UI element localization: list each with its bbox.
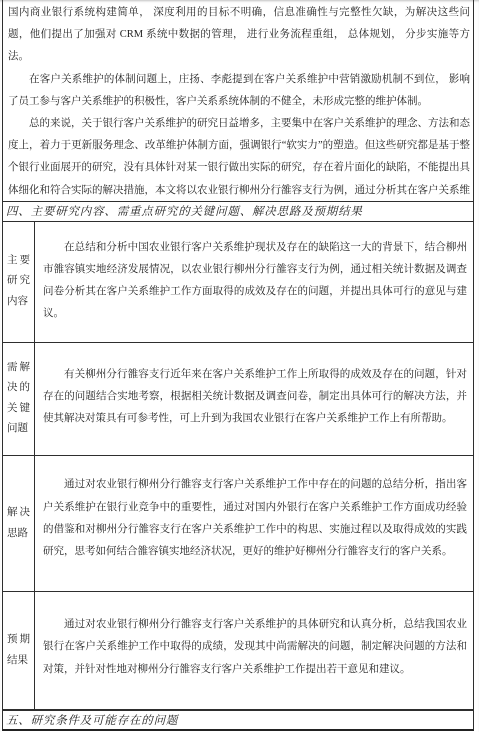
intro-paragraph-2: 在客户关系维护的体制问题上，庄扬、李彪提到在客户关系维护中营销激励机制不到位， … <box>8 69 470 113</box>
row-content-cell: 在总结和分析中国农业银行客户关系维护现状及存在的缺陷这一大的背景下，结合柳州市雒… <box>35 222 473 342</box>
row-label-expected-results: 预期结果 <box>3 592 35 709</box>
literature-review-section: 国内商业银行系统构建简单， 深度利用的目标不明确，信息准确性与完整性欠缺，为解决… <box>3 0 473 201</box>
row-label-main-research-content: 主要研究内容 <box>3 222 35 342</box>
intro-paragraph-3: 总的来说，关于银行客户关系维护的研究日益增多，主要集中在客户关系维护的理念、方法… <box>8 113 470 201</box>
row-content-cell: 有关柳州分行雒容支行近年来在客户关系维护工作上所取得的成效及存在的问题，针对存在… <box>35 343 473 456</box>
row-content-solution-approach: 通过对农业银行柳州分行雒容支行客户关系维护工作中存在的问题的总结分析，指出客户关… <box>43 474 467 563</box>
section-4-header: 四、主要研究内容、需重点研究的关键问题、解决思路及预期结果 <box>3 201 473 222</box>
row-label-solution-approach: 解决思路 <box>3 456 35 591</box>
section-5-header: 五、研究条件及可能存在的问题 <box>3 710 473 729</box>
row-label-key-problems: 需解决的关键问题 <box>3 343 35 456</box>
section-5-title: 五、研究条件及可能存在的问题 <box>6 712 178 728</box>
intro-paragraph-1: 国内商业银行系统构建简单， 深度利用的目标不明确，信息准确性与完整性欠缺，为解决… <box>8 2 470 69</box>
table-row-expected-results: 预期结果 通过对农业银行柳州分行雒容支行客户关系维护的具体研究和认真分析，总结我… <box>3 592 473 710</box>
row-content-key-problems: 有关柳州分行雒容支行近年来在客户关系维护工作上所取得的成效及存在的问题，针对存在… <box>43 364 467 431</box>
section-4-title: 四、主要研究内容、需重点研究的关键问题、解决思路及预期结果 <box>6 203 363 219</box>
table-row-key-problems: 需解决的关键问题 有关柳州分行雒容支行近年来在客户关系维护工作上所取得的成效及存… <box>3 343 473 457</box>
row-content-cell: 通过对农业银行柳州分行雒容支行客户关系维护的具体研究和认真分析，总结我国农业银行… <box>35 592 473 709</box>
table-row-main-research-content: 主要研究内容 在总结和分析中国农业银行客户关系维护现状及存在的缺陷这一大的背景下… <box>3 222 473 343</box>
row-content-main-research-content: 在总结和分析中国农业银行客户关系维护现状及存在的缺陷这一大的背景下，结合柳州市雒… <box>43 237 467 326</box>
table-row-solution-approach: 解决思路 通过对农业银行柳州分行雒容支行客户关系维护工作中存在的问题的总结分析，… <box>3 456 473 592</box>
row-content-cell: 通过对农业银行柳州分行雒容支行客户关系维护工作中存在的问题的总结分析，指出客户关… <box>35 456 473 591</box>
scanned-document-page: 国内商业银行系统构建简单， 深度利用的目标不明确，信息准确性与完整性欠缺，为解决… <box>0 0 479 732</box>
research-proposal-form: 国内商业银行系统构建简单， 深度利用的目标不明确，信息准确性与完整性欠缺，为解决… <box>2 0 474 731</box>
row-content-expected-results: 通过对农业银行柳州分行雒容支行客户关系维护的具体研究和认真分析，总结我国农业银行… <box>43 614 467 681</box>
